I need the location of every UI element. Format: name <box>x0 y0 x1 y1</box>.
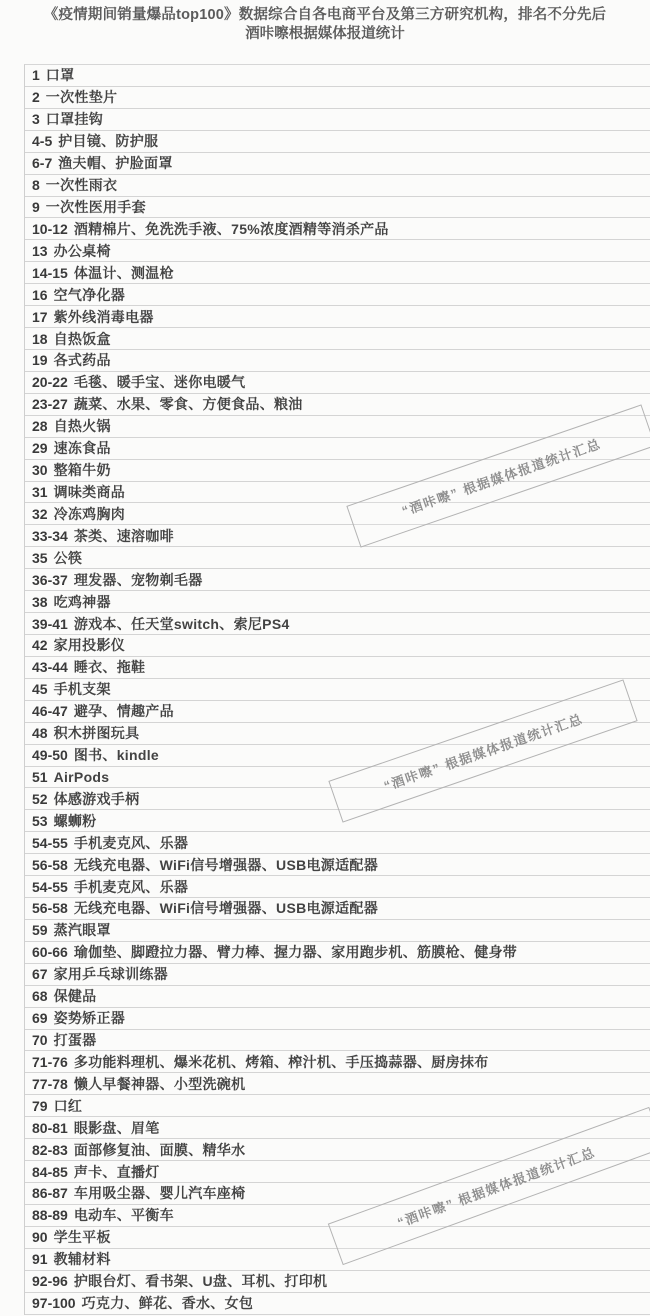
items-label: 体感游戏手柄 <box>54 789 140 809</box>
page-header: 《疫情期间销量爆品top100》数据综合自各电商平台及第三方研究机构，排名不分先… <box>0 0 650 44</box>
list-item: 2 一次性垫片 <box>25 87 650 109</box>
rank-label: 17 <box>32 309 48 325</box>
list-item: 42 家用投影仪 <box>25 635 650 657</box>
rank-label: 49-50 <box>32 747 68 763</box>
rank-label: 51 <box>32 769 48 785</box>
items-label: 懒人早餐神器、小型洗碗机 <box>74 1074 246 1094</box>
items-label: 理发器、宠物剃毛器 <box>74 570 203 590</box>
items-label: 姿势矫正器 <box>54 1008 126 1028</box>
items-label: 毛毯、暖手宝、迷你电暖气 <box>74 372 246 392</box>
rank-label: 9 <box>32 199 40 215</box>
items-label: 避孕、情趣产品 <box>74 701 174 721</box>
rank-label: 33-34 <box>32 528 68 544</box>
rank-label: 70 <box>32 1032 48 1048</box>
rank-label: 54-55 <box>32 835 68 851</box>
rank-label: 77-78 <box>32 1076 68 1092</box>
rank-label: 48 <box>32 725 48 741</box>
list-item: 23-27 蔬菜、水果、零食、方便食品、粮油 <box>25 394 650 416</box>
rank-label: 97-100 <box>32 1295 76 1311</box>
rank-label: 8 <box>32 177 40 193</box>
rank-label: 4-5 <box>32 133 52 149</box>
rank-label: 31 <box>32 484 48 500</box>
items-label: 口罩 <box>46 65 75 85</box>
items-label: 蔬菜、水果、零食、方便食品、粮油 <box>74 394 303 414</box>
items-label: 口红 <box>54 1096 83 1116</box>
list-item: 13 办公桌椅 <box>25 240 650 262</box>
list-item: 39-41 游戏本、任天堂switch、索尼PS4 <box>25 613 650 635</box>
items-label: 护目镜、防护服 <box>58 131 158 151</box>
rank-label: 2 <box>32 89 40 105</box>
items-label: 图书、kindle <box>74 745 159 765</box>
rank-label: 10-12 <box>32 221 68 237</box>
rank-label: 91 <box>32 1251 48 1267</box>
list-item: 38 吃鸡神器 <box>25 591 650 613</box>
items-label: 调味类商品 <box>54 482 126 502</box>
rank-label: 3 <box>32 111 40 127</box>
rank-label: 38 <box>32 594 48 610</box>
list-item: 43-44 睡衣、拖鞋 <box>25 657 650 679</box>
header-subtitle: 酒咔嚓根据媒体报道统计 <box>0 25 650 44</box>
items-label: 手机支架 <box>54 679 111 699</box>
items-label: 手机麦克风、乐器 <box>74 877 188 897</box>
items-label: 蒸汽眼罩 <box>54 920 111 940</box>
items-label: AirPods <box>54 769 110 785</box>
rank-label: 56-58 <box>32 900 68 916</box>
rank-label: 88-89 <box>32 1207 68 1223</box>
list-item: 8 一次性雨衣 <box>25 175 650 197</box>
list-item: 56-58 无线充电器、WiFi信号增强器、USB电源适配器 <box>25 854 650 876</box>
items-label: 一次性医用手套 <box>46 197 146 217</box>
rank-label: 46-47 <box>32 703 68 719</box>
list-item: 19 各式药品 <box>25 350 650 372</box>
rank-label: 80-81 <box>32 1120 68 1136</box>
items-label: 护眼台灯、看书架、U盘、耳机、打印机 <box>74 1271 328 1291</box>
rank-label: 79 <box>32 1098 48 1114</box>
rank-label: 29 <box>32 440 48 456</box>
rank-label: 54-55 <box>32 879 68 895</box>
rank-label: 45 <box>32 681 48 697</box>
list-item: 54-55 手机麦克风、乐器 <box>25 876 650 898</box>
rank-label: 69 <box>32 1010 48 1026</box>
items-label: 办公桌椅 <box>54 241 111 261</box>
rank-label: 90 <box>32 1229 48 1245</box>
items-label: 学生平板 <box>54 1227 111 1247</box>
rank-label: 71-76 <box>32 1054 68 1070</box>
items-label: 体温计、测温枪 <box>74 263 174 283</box>
items-label: 空气净化器 <box>54 285 126 305</box>
items-label: 整箱牛奶 <box>54 460 111 480</box>
rank-label: 60-66 <box>32 944 68 960</box>
items-label: 无线充电器、WiFi信号增强器、USB电源适配器 <box>74 855 378 875</box>
list-item: 70 打蛋器 <box>25 1030 650 1052</box>
product-list: 1 口罩 2 一次性垫片 3 口罩挂钩 4-5 护目镜、防护服 6-7 渔夫帽、… <box>24 64 650 1315</box>
items-label: 各式药品 <box>54 350 111 370</box>
items-label: 自热饭盒 <box>54 329 111 349</box>
rank-label: 92-96 <box>32 1273 68 1289</box>
rank-label: 36-37 <box>32 572 68 588</box>
items-label: 游戏本、任天堂switch、索尼PS4 <box>74 614 290 634</box>
rank-label: 16 <box>32 287 48 303</box>
items-label: 面部修复油、面膜、精华水 <box>74 1140 246 1160</box>
rank-label: 6-7 <box>32 155 52 171</box>
list-item: 59 蒸汽眼罩 <box>25 920 650 942</box>
list-item: 6-7 渔夫帽、护脸面罩 <box>25 153 650 175</box>
items-label: 教辅材料 <box>54 1249 111 1269</box>
rank-label: 18 <box>32 331 48 347</box>
items-label: 吃鸡神器 <box>54 592 111 612</box>
list-item: 69 姿势矫正器 <box>25 1008 650 1030</box>
items-label: 速冻食品 <box>54 438 111 458</box>
rank-label: 14-15 <box>32 265 68 281</box>
items-label: 一次性垫片 <box>46 87 118 107</box>
list-item: 3 口罩挂钩 <box>25 109 650 131</box>
items-label: 口罩挂钩 <box>46 109 103 129</box>
rank-label: 32 <box>32 506 48 522</box>
rank-label: 84-85 <box>32 1164 68 1180</box>
rank-label: 28 <box>32 418 48 434</box>
items-label: 无线充电器、WiFi信号增强器、USB电源适配器 <box>74 898 378 918</box>
items-label: 茶类、速溶咖啡 <box>74 526 174 546</box>
header-title: 《疫情期间销量爆品top100》数据综合自各电商平台及第三方研究机构，排名不分先… <box>0 5 650 25</box>
list-item: 54-55 手机麦克风、乐器 <box>25 832 650 854</box>
rank-label: 82-83 <box>32 1142 68 1158</box>
items-label: 冷冻鸡胸肉 <box>54 504 126 524</box>
rank-label: 52 <box>32 791 48 807</box>
rank-label: 23-27 <box>32 396 68 412</box>
rank-label: 35 <box>32 550 48 566</box>
rank-label: 19 <box>32 352 48 368</box>
rank-label: 1 <box>32 67 40 83</box>
list-item: 33-34 茶类、速溶咖啡 <box>25 525 650 547</box>
list-item: 17 紫外线消毒电器 <box>25 306 650 328</box>
page: 《疫情期间销量爆品top100》数据综合自各电商平台及第三方研究机构，排名不分先… <box>0 0 650 1316</box>
list-item: 18 自热饭盒 <box>25 328 650 350</box>
list-item: 35 公筷 <box>25 547 650 569</box>
items-label: 酒精棉片、免洗洗手液、75%浓度酒精等消杀产品 <box>74 219 389 239</box>
rank-label: 13 <box>32 243 48 259</box>
items-label: 一次性雨衣 <box>46 175 118 195</box>
list-item: 1 口罩 <box>25 65 650 87</box>
list-item: 9 一次性医用手套 <box>25 197 650 219</box>
list-item: 79 口红 <box>25 1095 650 1117</box>
list-item: 71-76 多功能料理机、爆米花机、烤箱、榨汁机、手压捣蒜器、厨房抹布 <box>25 1051 650 1073</box>
items-label: 巧克力、鲜花、香水、女包 <box>82 1293 254 1313</box>
rank-label: 42 <box>32 637 48 653</box>
list-item: 77-78 懒人早餐神器、小型洗碗机 <box>25 1073 650 1095</box>
items-label: 渔夫帽、护脸面罩 <box>58 153 172 173</box>
rank-label: 43-44 <box>32 659 68 675</box>
list-item: 60-66 瑜伽垫、脚蹬拉力器、臂力棒、握力器、家用跑步机、筋膜枪、健身带 <box>25 942 650 964</box>
rank-label: 30 <box>32 462 48 478</box>
items-label: 车用吸尘器、婴儿汽车座椅 <box>74 1183 246 1203</box>
list-item: 20-22 毛毯、暖手宝、迷你电暖气 <box>25 372 650 394</box>
items-label: 睡衣、拖鞋 <box>74 657 146 677</box>
rank-label: 39-41 <box>32 616 68 632</box>
rank-label: 86-87 <box>32 1185 68 1201</box>
rank-label: 56-58 <box>32 857 68 873</box>
items-label: 打蛋器 <box>54 1030 97 1050</box>
items-label: 电动车、平衡车 <box>74 1205 174 1225</box>
list-item: 16 空气净化器 <box>25 284 650 306</box>
items-label: 家用乒乓球训练器 <box>54 964 168 984</box>
items-label: 声卡、直播灯 <box>74 1162 160 1182</box>
list-item: 4-5 护目镜、防护服 <box>25 131 650 153</box>
list-item: 10-12 酒精棉片、免洗洗手液、75%浓度酒精等消杀产品 <box>25 218 650 240</box>
rank-label: 68 <box>32 988 48 1004</box>
items-label: 家用投影仪 <box>54 635 126 655</box>
items-label: 公筷 <box>54 548 83 568</box>
rank-label: 59 <box>32 922 48 938</box>
list-item: 80-81 眼影盘、眉笔 <box>25 1117 650 1139</box>
list-item: 36-37 理发器、宠物剃毛器 <box>25 569 650 591</box>
list-item: 14-15 体温计、测温枪 <box>25 262 650 284</box>
list-item: 92-96 护眼台灯、看书架、U盘、耳机、打印机 <box>25 1271 650 1293</box>
list-item: 56-58 无线充电器、WiFi信号增强器、USB电源适配器 <box>25 898 650 920</box>
items-label: 积木拼图玩具 <box>54 723 140 743</box>
rank-label: 53 <box>32 813 48 829</box>
list-item: 31 调味类商品 <box>25 482 650 504</box>
items-label: 螺蛳粉 <box>54 811 97 831</box>
list-item: 68 保健品 <box>25 986 650 1008</box>
items-label: 多功能料理机、爆米花机、烤箱、榨汁机、手压捣蒜器、厨房抹布 <box>74 1052 489 1072</box>
list-item: 53 螺蛳粉 <box>25 810 650 832</box>
rank-label: 67 <box>32 966 48 982</box>
list-item: 32 冷冻鸡胸肉 <box>25 503 650 525</box>
items-label: 紫外线消毒电器 <box>54 307 154 327</box>
rank-label: 20-22 <box>32 374 68 390</box>
items-label: 眼影盘、眉笔 <box>74 1118 160 1138</box>
list-item: 67 家用乒乓球训练器 <box>25 964 650 986</box>
items-label: 保健品 <box>54 986 97 1006</box>
list-item: 97-100 巧克力、鲜花、香水、女包 <box>25 1293 650 1315</box>
items-label: 瑜伽垫、脚蹬拉力器、臂力棒、握力器、家用跑步机、筋膜枪、健身带 <box>74 942 517 962</box>
items-label: 手机麦克风、乐器 <box>74 833 188 853</box>
list-item: 45 手机支架 <box>25 679 650 701</box>
items-label: 自热火锅 <box>54 416 111 436</box>
